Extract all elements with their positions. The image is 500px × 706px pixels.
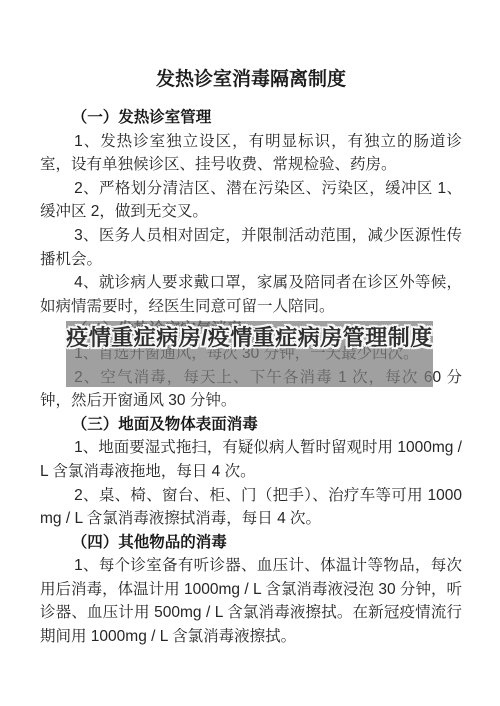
paragraph: 2、桌、椅、窗台、柜、门（把手）、治疗车等可用 1000mg / L 含氯消毒液… <box>40 484 462 531</box>
watermark-text: 疫情重症病房/疫情重症病房管理制度 <box>66 326 433 350</box>
watermark-overlay: 疫情重症病房/疫情重症病房管理制度 <box>66 321 433 387</box>
paragraph: 4、就诊病人要求戴口罩，家属及陪同者在诊区外等候，如病情需要时，经医生同意可留一… <box>40 271 462 318</box>
section-heading-1: （一）发热诊室管理 <box>40 106 462 130</box>
section-heading-4: （四）其他物品的消毒 <box>40 531 462 555</box>
document-title: 发热诊室消毒隔离制度 <box>40 70 462 90</box>
document-page: 发热诊室消毒隔离制度 （一）发热诊室管理 1、发热诊室独立设区，有明显标识，有独… <box>0 0 500 706</box>
paragraph: 2、严格划分清洁区、潜在污染区、污染区，缓冲区 1、缓冲区 2，做到无交叉。 <box>40 177 462 224</box>
section-heading-3: （三）地面及物体表面消毒 <box>40 413 462 437</box>
paragraph: 3、医务人员相对固定，并限制活动范围，减少医源性传播机会。 <box>40 224 462 271</box>
paragraph: 1、地面要湿式拖扫，有疑似病人暂时留观时用 1000mg / L 含氯消毒液拖地… <box>40 436 462 483</box>
paragraph: 1、每个诊室备有听诊器、血压计、体温计等物品，每次用后消毒，体温计用 1000m… <box>40 554 462 648</box>
paragraph: 1、发热诊室独立设区，有明显标识，有独立的肠道诊室，设有单独候诊区、挂号收费、常… <box>40 130 462 177</box>
